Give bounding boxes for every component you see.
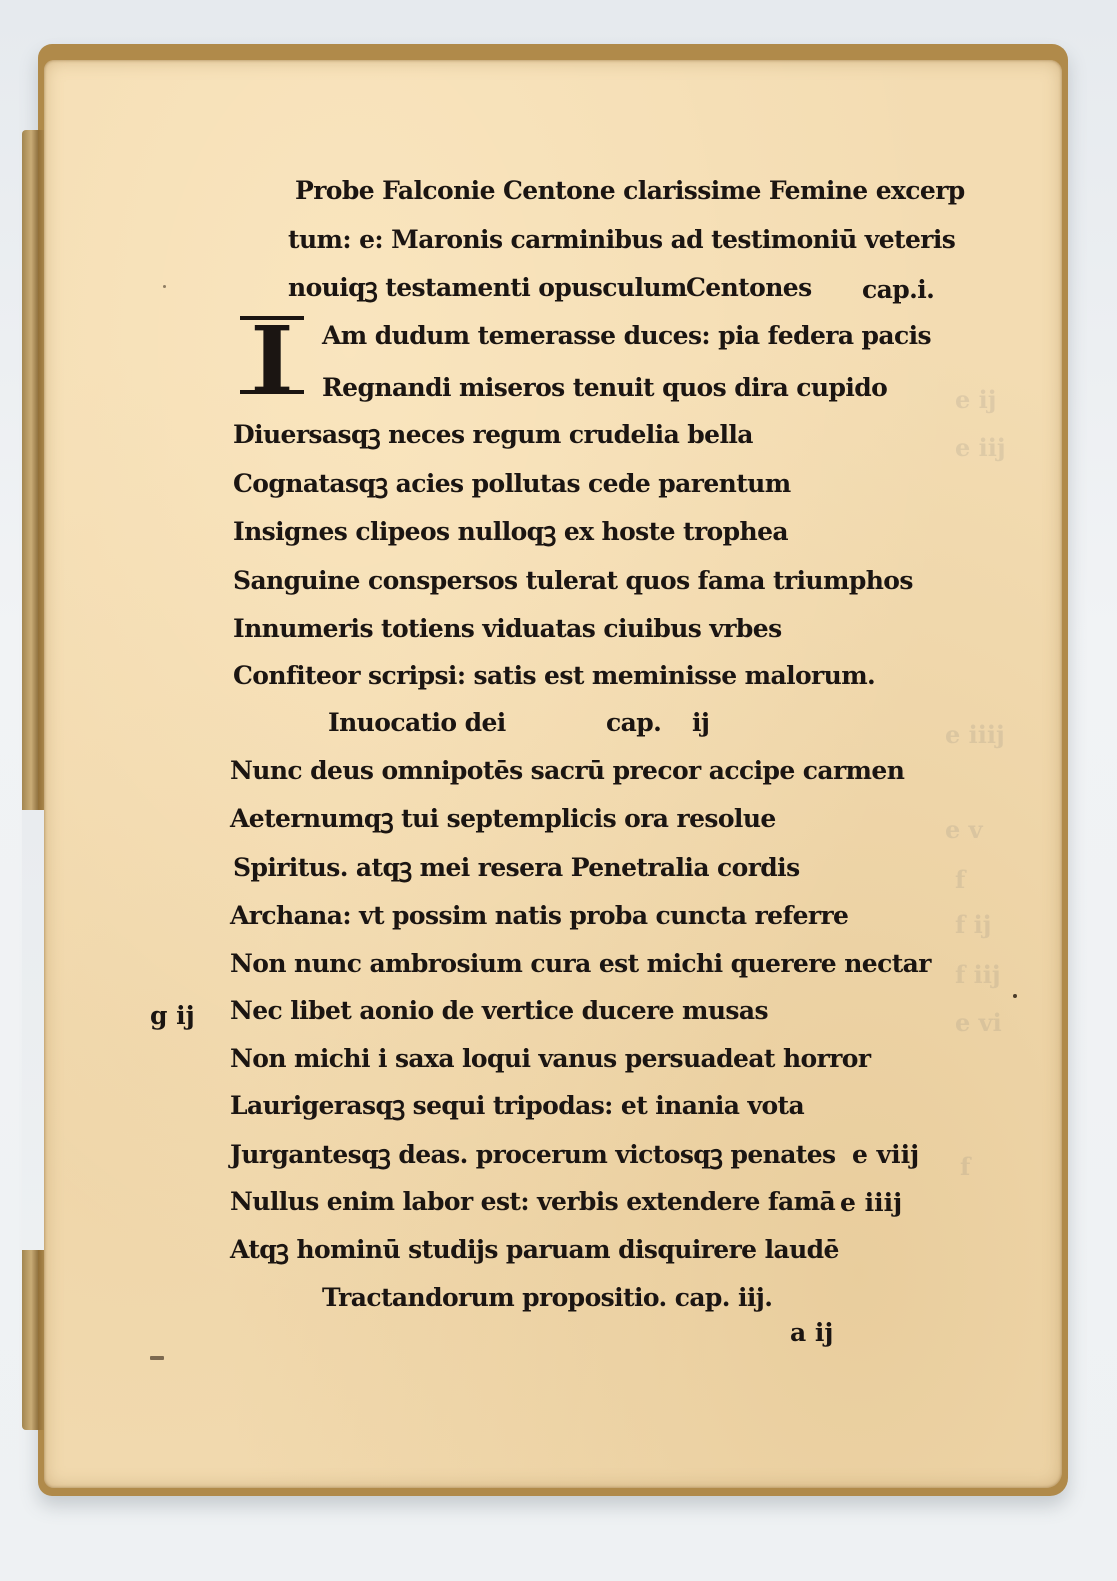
verse-line: Sanguine conspersos tulerat quos fama tr…: [233, 566, 913, 596]
verse-line: Am dudum temerasse duces: pia federa pac…: [322, 321, 931, 351]
heading-centones: Centones: [686, 273, 812, 303]
chapter-2-number: ij: [692, 708, 709, 738]
drop-initial: I: [240, 316, 304, 394]
verse-line: Nec libet aonio de vertice ducere musas: [230, 996, 768, 1026]
chapter-2-title: Inuocatio dei: [328, 708, 506, 738]
verse-line: Insignes clipeos nulloqꝫ ex hoste trophe…: [233, 517, 788, 547]
left-margin-signature: g ij: [150, 1001, 195, 1030]
verse-line: Diuersasqꝫ neces regum crudelia bella: [233, 420, 753, 450]
verse-line: Nunc deus omnipotēs sacrū precor accipe …: [230, 756, 904, 786]
verse-line: Regnandi miseros tenuit quos dira cupido: [322, 373, 887, 403]
right-margin-mark: e viij: [852, 1140, 919, 1169]
verse-line: Archana: vt possim natis proba cuncta re…: [230, 901, 848, 931]
verse-line: Cognatasqꝫ acies pollutas cede parentum: [233, 469, 791, 499]
verse-line: Nullus enim labor est: verbis extendere …: [230, 1187, 835, 1217]
printed-text: Probe Falconie Centone clarissime Femine…: [0, 0, 1117, 1581]
verse-line: Laurigerasqꝫ sequi tripodas: et inania v…: [230, 1091, 804, 1121]
verse-line: Aeternumqꝫ tui septemplicis ora resolue: [230, 804, 776, 834]
heading-line-1: Probe Falconie Centone clarissime Femine…: [295, 176, 965, 206]
verse-line: Spiritus. atqꝫ mei resera Penetralia cor…: [233, 853, 800, 883]
scanned-book-page: e ij e iij e iiij e v f f ij f iij e vi …: [0, 0, 1117, 1581]
chapter-2-label: cap.: [606, 708, 661, 738]
ink-speck: [163, 285, 166, 288]
verse-line: Non michi i saxa loqui vanus persuadeat …: [230, 1044, 870, 1074]
right-margin-mark: e iiij: [840, 1188, 902, 1217]
verse-line: Confiteor scripsi: satis est meminisse m…: [233, 661, 875, 691]
chapter-3-heading: Tractandorum propositio. cap. iij.: [322, 1283, 772, 1313]
ink-speck: [1013, 994, 1017, 998]
verse-line: Jurgantesqꝫ deas. procerum victosqꝫ pena…: [230, 1140, 836, 1170]
footer-signature: a ij: [790, 1318, 833, 1347]
heading-line-2: tum: e: Maronis carminibus ad testimoniū…: [288, 225, 955, 255]
verse-line: Atqꝫ hominū studijs paruam disquirere la…: [230, 1235, 839, 1265]
heading-line-3: nouiqꝫ testamenti opusculum: [288, 273, 687, 303]
verse-line: Innumeris totiens viduatas ciuibus vrbes: [233, 614, 782, 644]
verse-line: Non nunc ambrosium cura est michi querer…: [230, 949, 931, 979]
chapter-1-label: cap.i.: [862, 275, 934, 305]
ink-speck: [150, 1356, 164, 1360]
